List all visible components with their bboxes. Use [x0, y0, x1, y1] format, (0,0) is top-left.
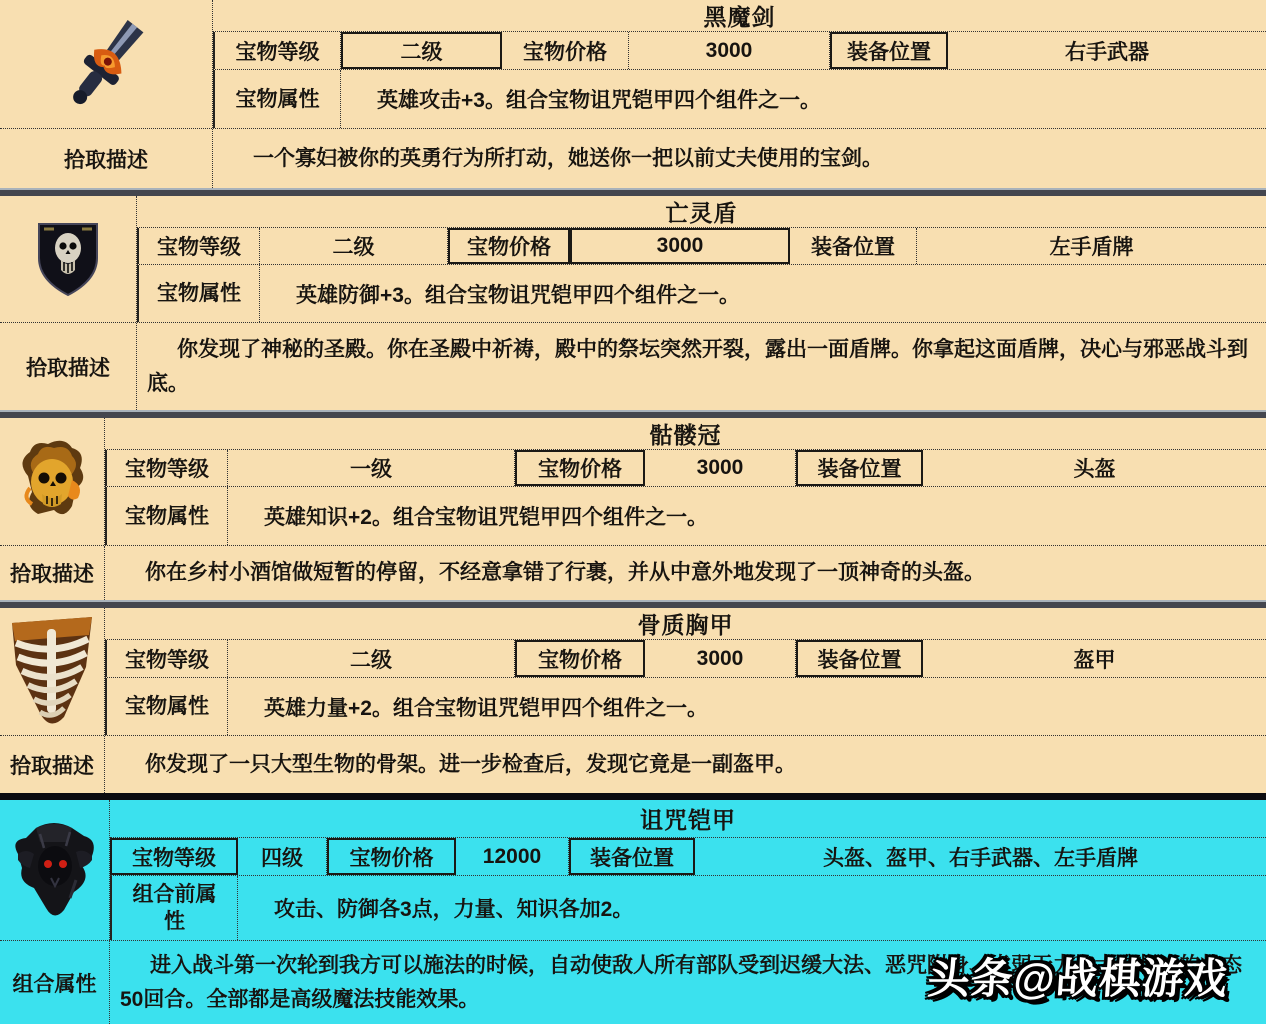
- pickup-label: 拾取描述: [0, 736, 105, 793]
- pickup-text: 你在乡村小酒馆做短暂的停留，不经意拿错了行裹，并从中意外地发现了一顶神奇的头盔。: [105, 546, 1266, 600]
- slot-label: 装备位置: [569, 838, 695, 875]
- item-card-content: 骷髅冠 宝物等级 一级 宝物价格 3000 装备位置 头盔 宝物属性 英雄知识+…: [105, 418, 1266, 545]
- pre-combo-attribute-text: 攻击、防御各3点，力量、知识各加2。: [238, 876, 1266, 940]
- level-value: 一级: [228, 450, 515, 486]
- info-row: 宝物等级 二级 宝物价格 3000 装备位置 右手武器: [213, 32, 1266, 70]
- level-label: 宝物等级: [105, 640, 228, 677]
- item-icon-cell: [0, 418, 105, 545]
- info-row: 宝物等级 一级 宝物价格 3000 装备位置 头盔: [105, 450, 1266, 487]
- attribute-row: 组合前属性 攻击、防御各3点，力量、知识各加2。: [110, 876, 1266, 940]
- price-value: 3000: [645, 450, 796, 486]
- pickup-text: 一个寡妇被你的英勇行为所打动，她送你一把以前丈夫使用的宝剑。: [213, 129, 1266, 188]
- attribute-text: 英雄知识+2。组合宝物诅咒铠甲四个组件之一。: [228, 487, 1266, 545]
- level-value: 二级: [260, 228, 448, 264]
- pickup-label: 拾取描述: [0, 546, 105, 600]
- slot-value: 盔甲: [923, 640, 1266, 677]
- title-row: 亡灵盾: [137, 196, 1266, 228]
- attribute-row: 宝物属性 英雄知识+2。组合宝物诅咒铠甲四个组件之一。: [105, 487, 1266, 545]
- price-value: 3000: [629, 32, 830, 69]
- level-value: 四级: [238, 838, 327, 875]
- attribute-label: 宝物属性: [213, 70, 341, 128]
- combo-attribute-label: 组合属性: [0, 941, 110, 1024]
- slot-label: 装备位置: [790, 228, 917, 264]
- level-value: 二级: [341, 32, 502, 69]
- item-card-content: 黑魔剑 宝物等级 二级 宝物价格 3000 装备位置 右手武器 宝物属性 英雄攻…: [213, 0, 1266, 128]
- price-label: 宝物价格: [448, 228, 570, 264]
- title-row: 骨质胸甲: [105, 608, 1266, 640]
- pre-combo-attribute-label: 组合前属性: [110, 876, 238, 940]
- attribute-text: 英雄防御+3。组合宝物诅咒铠甲四个组件之一。: [260, 265, 1266, 322]
- slot-value: 左手盾牌: [917, 228, 1266, 264]
- section-divider: [0, 600, 1266, 608]
- item-card-top: 骨质胸甲 宝物等级 二级 宝物价格 3000 装备位置 盔甲 宝物属性 英雄力量…: [0, 608, 1266, 735]
- item-card-content: 骨质胸甲 宝物等级 二级 宝物价格 3000 装备位置 盔甲 宝物属性 英雄力量…: [105, 608, 1266, 735]
- item-icon-cell: [0, 608, 105, 735]
- level-label: 宝物等级: [105, 450, 228, 486]
- attribute-label: 宝物属性: [137, 265, 260, 322]
- item-icon-cell: [0, 0, 213, 128]
- price-value: 3000: [570, 228, 790, 264]
- item-card-undead-shield: 亡灵盾 宝物等级 二级 宝物价格 3000 装备位置 左手盾牌 宝物属性 英雄防…: [0, 196, 1266, 410]
- item-icon-cell: [0, 196, 137, 322]
- info-row: 宝物等级 二级 宝物价格 3000 装备位置 左手盾牌: [137, 228, 1266, 265]
- attribute-row: 宝物属性 英雄力量+2。组合宝物诅咒铠甲四个组件之一。: [105, 678, 1266, 735]
- item-title: 骨质胸甲: [638, 607, 734, 640]
- item-card-top: 亡灵盾 宝物等级 二级 宝物价格 3000 装备位置 左手盾牌 宝物属性 英雄防…: [0, 196, 1266, 322]
- level-label: 宝物等级: [137, 228, 260, 264]
- attribute-text: 英雄攻击+3。组合宝物诅咒铠甲四个组件之一。: [341, 70, 1266, 128]
- item-card-black-sword: 黑魔剑 宝物等级 二级 宝物价格 3000 装备位置 右手武器 宝物属性 英雄攻…: [0, 0, 1266, 188]
- section-divider: [0, 188, 1266, 196]
- pickup-label: 拾取描述: [0, 323, 137, 410]
- pickup-text: 你发现了神秘的圣殿。你在圣殿中祈祷，殿中的祭坛突然开裂，露出一面盾牌。你拿起这面…: [137, 323, 1266, 410]
- item-title: 诅咒铠甲: [640, 802, 736, 835]
- item-card-bone-cuirass: 骨质胸甲 宝物等级 二级 宝物价格 3000 装备位置 盔甲 宝物属性 英雄力量…: [0, 608, 1266, 793]
- item-card-top: 骷髅冠 宝物等级 一级 宝物价格 3000 装备位置 头盔 宝物属性 英雄知识+…: [0, 418, 1266, 545]
- price-label: 宝物价格: [515, 450, 645, 486]
- info-row: 宝物等级 二级 宝物价格 3000 装备位置 盔甲: [105, 640, 1266, 678]
- slot-value: 右手武器: [948, 32, 1266, 69]
- slot-label: 装备位置: [796, 450, 923, 486]
- item-title: 亡灵盾: [666, 195, 738, 228]
- slot-value: 头盔: [923, 450, 1266, 486]
- level-value: 二级: [228, 640, 515, 677]
- attribute-row: 宝物属性 英雄防御+3。组合宝物诅咒铠甲四个组件之一。: [137, 265, 1266, 322]
- attribute-label: 宝物属性: [105, 487, 228, 545]
- pickup-row: 拾取描述 你发现了神秘的圣殿。你在圣殿中祈祷，殿中的祭坛突然开裂，露出一面盾牌。…: [0, 322, 1266, 410]
- title-row: 黑魔剑: [213, 0, 1266, 32]
- price-value: 3000: [645, 640, 796, 677]
- undead-shield-icon: [36, 220, 100, 298]
- item-card-content: 诅咒铠甲 宝物等级 四级 宝物价格 12000 装备位置 头盔、盔甲、右手武器、…: [110, 800, 1266, 940]
- title-row: 诅咒铠甲: [110, 800, 1266, 838]
- cursed-armor-icon: [10, 820, 100, 920]
- price-label: 宝物价格: [515, 640, 645, 677]
- price-label: 宝物价格: [502, 32, 629, 69]
- dark-sword-icon: [56, 12, 156, 116]
- section-divider: [0, 410, 1266, 418]
- info-row: 宝物等级 四级 宝物价格 12000 装备位置 头盔、盔甲、右手武器、左手盾牌: [110, 838, 1266, 876]
- title-row: 骷髅冠: [105, 418, 1266, 450]
- level-label: 宝物等级: [110, 838, 238, 875]
- item-card-content: 亡灵盾 宝物等级 二级 宝物价格 3000 装备位置 左手盾牌 宝物属性 英雄防…: [137, 196, 1266, 322]
- price-label: 宝物价格: [327, 838, 456, 875]
- item-card-top: 黑魔剑 宝物等级 二级 宝物价格 3000 装备位置 右手武器 宝物属性 英雄攻…: [0, 0, 1266, 128]
- item-title: 骷髅冠: [650, 417, 722, 450]
- pickup-row: 拾取描述 你在乡村小酒馆做短暂的停留，不经意拿错了行裹，并从中意外地发现了一顶神…: [0, 545, 1266, 600]
- watermark-text: 头条@战棋游戏: [926, 946, 1230, 1006]
- item-icon-cell: [0, 800, 110, 940]
- pickup-row: 拾取描述 一个寡妇被你的英勇行为所打动，她送你一把以前丈夫使用的宝剑。: [0, 128, 1266, 188]
- attribute-label: 宝物属性: [105, 678, 228, 735]
- attribute-text: 英雄力量+2。组合宝物诅咒铠甲四个组件之一。: [228, 678, 1266, 735]
- pickup-label: 拾取描述: [0, 129, 213, 188]
- pickup-row: 拾取描述 你发现了一只大型生物的骨架。进一步检查后，发现它竟是一副盔甲。: [0, 735, 1266, 793]
- bone-ribcage-icon: [6, 613, 98, 731]
- attribute-row: 宝物属性 英雄攻击+3。组合宝物诅咒铠甲四个组件之一。: [213, 70, 1266, 128]
- level-label: 宝物等级: [213, 32, 341, 69]
- price-value: 12000: [456, 838, 569, 875]
- artifact-info-table: 黑魔剑 宝物等级 二级 宝物价格 3000 装备位置 右手武器 宝物属性 英雄攻…: [0, 0, 1266, 1024]
- slot-value: 头盔、盔甲、右手武器、左手盾牌: [695, 838, 1266, 875]
- pickup-text: 你发现了一只大型生物的骨架。进一步检查后，发现它竟是一副盔甲。: [105, 736, 1266, 793]
- item-title: 黑魔剑: [704, 0, 776, 32]
- skull-crown-icon: [14, 436, 90, 528]
- slot-label: 装备位置: [830, 32, 948, 69]
- item-card-skull-crown: 骷髅冠 宝物等级 一级 宝物价格 3000 装备位置 头盔 宝物属性 英雄知识+…: [0, 418, 1266, 600]
- slot-label: 装备位置: [796, 640, 923, 677]
- item-card-top: 诅咒铠甲 宝物等级 四级 宝物价格 12000 装备位置 头盔、盔甲、右手武器、…: [0, 800, 1266, 940]
